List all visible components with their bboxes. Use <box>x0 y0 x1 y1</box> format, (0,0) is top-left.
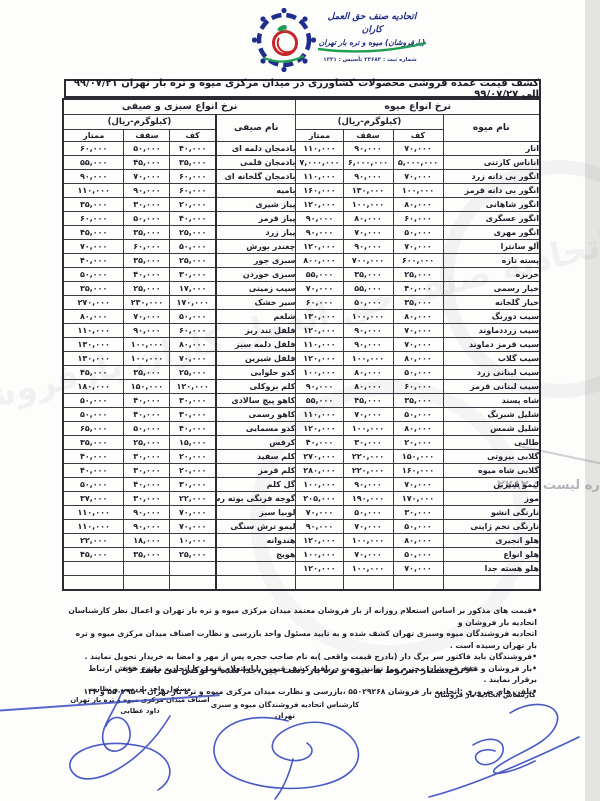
veg-name-cell: کرفس <box>216 436 296 450</box>
veg-floor-cell: ۱۷,۰۰۰ <box>170 282 216 296</box>
fruit-floor-cell: ۵۰,۰۰۰ <box>393 226 443 240</box>
veg-ceiling-cell: ۶۰,۰۰۰ <box>124 240 170 254</box>
veg-premium-cell: ۱۳۰,۰۰۰ <box>63 352 124 366</box>
fruit-premium-cell: ۴۰,۰۰۰ <box>296 436 343 450</box>
fruit-premium-cell: ۱۶۰,۰۰۰ <box>296 184 343 198</box>
scan-edge <box>585 0 600 801</box>
fruit-premium-cell: ۸۰۰,۰۰۰ <box>296 254 343 268</box>
fruit-premium-cell: ۱۱۰,۰۰۰ <box>296 338 343 352</box>
fruit-floor-cell: ۲۵,۰۰۰ <box>393 268 443 282</box>
fruit-floor-cell: ۸۰,۰۰۰ <box>393 310 443 324</box>
veg-premium-cell <box>63 576 124 591</box>
veg-floor-cell: ۲۰,۰۰۰ <box>170 450 216 464</box>
signature-label-right: کارشناس اتحادیه بار فروشان <box>405 690 565 701</box>
veg-premium-cell: ۴۰,۰۰۰ <box>63 254 124 268</box>
table-row: نارنگی انشو ۳۰,۰۰۰ ۵۰,۰۰۰ ۷۰,۰۰۰ لوبیا س… <box>63 506 540 520</box>
veg-floor-cell: ۱۰,۰۰۰ <box>170 534 216 548</box>
veg-premium-cell: ۲۷۰,۰۰۰ <box>63 296 124 310</box>
veg-premium-cell: ۱۱۰,۰۰۰ <box>63 506 124 520</box>
fruit-premium-cell: ۹۰,۰۰۰ <box>296 380 343 394</box>
table-row: سیب قرمز دماوند ۷۰,۰۰۰ ۹۰,۰۰۰ ۱۱۰,۰۰۰ فل… <box>63 338 540 352</box>
fruit-ceiling-cell <box>343 576 393 591</box>
veg-premium-cell: ۶۵,۰۰۰ <box>63 422 124 436</box>
fruit-premium-cell: ۱۲۰,۰۰۰ <box>296 422 343 436</box>
veg-name-cell: سیر خشک <box>216 296 296 310</box>
veg-floor-cell: ۳۵,۰۰۰ <box>170 156 216 170</box>
fruit-floor-cell: ۸۰,۰۰۰ <box>393 534 443 548</box>
price-table: نرخ انواع میوه نرخ انواع سبزی و صیفی نام… <box>62 98 541 591</box>
veg-premium-cell: ۷۰,۰۰۰ <box>63 240 124 254</box>
veg-ceiling-cell: ۱۰۰,۰۰۰ <box>124 352 170 366</box>
table-row: شلیل شمس ۸۰,۰۰۰ ۱۰۰,۰۰۰ ۱۲۰,۰۰۰ کدو مسما… <box>63 422 540 436</box>
fruit-premium-cell: ۹۰,۰۰۰ <box>296 520 343 534</box>
fruit-name-cell: لیمو شیرین <box>443 478 540 492</box>
table-row: خیار گلخانه ۳۵,۰۰۰ ۵۰,۰۰۰ ۶۰,۰۰۰ سیر خشک… <box>63 296 540 310</box>
fruit-floor-cell: ۷۰,۰۰۰ <box>393 142 443 156</box>
veg-floor-header: کف <box>170 130 216 142</box>
fruit-premium-cell: ۹۰,۰۰۰ <box>296 226 343 240</box>
fruit-ceiling-cell: ۹۰,۰۰۰ <box>343 478 393 492</box>
veg-floor-cell: ۲۵,۰۰۰ <box>170 366 216 380</box>
table-row: خربزه ۲۵,۰۰۰ ۳۵,۰۰۰ ۵۵,۰۰۰ سبزی خوردن ۳۰… <box>63 268 540 282</box>
veg-ceiling-cell: ۴۰,۰۰۰ <box>124 408 170 422</box>
veg-floor-cell: ۶۰,۰۰۰ <box>170 324 216 338</box>
veg-name-cell: کلم بروکلی <box>216 380 296 394</box>
veg-name-cell: پیاز شیری <box>216 198 296 212</box>
fruit-name-cell: هلو انجیری <box>443 534 540 548</box>
fruit-name-cell: سیب گلاب <box>443 352 540 366</box>
veg-floor-cell: ۴۰,۰۰۰ <box>170 422 216 436</box>
fruit-section-header: نرخ انواع میوه <box>296 99 540 115</box>
table-row: لیمو شیرین ۷۰,۰۰۰ ۹۰,۰۰۰ ۱۰۰,۰۰۰ گل کلم … <box>63 478 540 492</box>
fruit-ceiling-cell: ۹۰,۰۰۰ <box>343 240 393 254</box>
veg-unit-header: (کیلوگرم-ریال) <box>63 115 216 130</box>
table-row: اناناس کارتنی ۵,۰۰۰,۰۰۰ ۶,۰۰۰,۰۰۰ ۷,۰۰۰,… <box>63 156 540 170</box>
veg-name-cell: کدو مسمایی <box>216 422 296 436</box>
fruit-floor-cell: ۸۰,۰۰۰ <box>393 422 443 436</box>
veg-premium-cell: ۱۱۰,۰۰۰ <box>63 184 124 198</box>
fruit-floor-cell: ۵۰,۰۰۰ <box>393 366 443 380</box>
veg-premium-cell: ۸۰,۰۰۰ <box>63 310 124 324</box>
fruit-name-cell: انگور بی دانه قرمز <box>443 184 540 198</box>
fruit-name-cell: سیب لبنانی قرمز <box>443 380 540 394</box>
fruit-ceiling-cell: ۸۰,۰۰۰ <box>343 380 393 394</box>
veg-floor-cell: ۲۵,۰۰۰ <box>170 226 216 240</box>
veg-ceiling-cell: ۴۰,۰۰۰ <box>124 394 170 408</box>
fruit-ceiling-cell: ۱۰۰,۰۰۰ <box>343 198 393 212</box>
veg-floor-cell: ۳۰,۰۰۰ <box>170 478 216 492</box>
fruit-floor-cell: ۷۰,۰۰۰ <box>393 240 443 254</box>
fruit-name-cell: پسته تازه <box>443 254 540 268</box>
fruit-premium-cell: ۲۷۰,۰۰۰ <box>296 450 343 464</box>
fruit-name-cell: طالبی <box>443 436 540 450</box>
veg-ceiling-cell: ۲۳۰,۰۰۰ <box>124 296 170 310</box>
fruit-premium-cell: ۱۰۰,۰۰۰ <box>296 366 343 380</box>
table-row: انگور شاهانی ۸۰,۰۰۰ ۱۰۰,۰۰۰ ۱۲۰,۰۰۰ پیاز… <box>63 198 540 212</box>
fruit-floor-header: کف <box>393 130 443 142</box>
table-row: سیب گلاب ۸۰,۰۰۰ ۱۰۰,۰۰۰ ۱۲۰,۰۰۰ فلفل شیر… <box>63 352 540 366</box>
fruit-floor-cell: ۱۶۰,۰۰۰ <box>393 464 443 478</box>
fruit-ceiling-cell: ۲۲۰,۰۰۰ <box>343 450 393 464</box>
veg-ceiling-cell <box>124 576 170 591</box>
veg-ceiling-cell: ۳۰,۰۰۰ <box>124 198 170 212</box>
fruit-premium-header: ممتاز <box>296 130 343 142</box>
veg-name-cell: گل کلم <box>216 478 296 492</box>
fruit-name-cell: شلیل شمس <box>443 422 540 436</box>
veg-premium-cell: ۹۰,۰۰۰ <box>63 170 124 184</box>
fruit-floor-cell: ۳۵,۰۰۰ <box>393 394 443 408</box>
table-row: خیار رسمی ۴۰,۰۰۰ ۵۵,۰۰۰ ۷۰,۰۰۰ سیب زمینی… <box>63 282 540 296</box>
fruit-ceiling-cell: ۹۰,۰۰۰ <box>343 170 393 184</box>
fruit-ceiling-cell: ۱۰۰,۰۰۰ <box>343 422 393 436</box>
veg-name-cell: لوبیا سبز <box>216 506 296 520</box>
fruit-floor-cell: ۳۰,۰۰۰ <box>393 506 443 520</box>
table-row: انگور مهری ۵۰,۰۰۰ ۷۰,۰۰۰ ۹۰,۰۰۰ پیاز زرد… <box>63 226 540 240</box>
veg-floor-cell: ۷۰,۰۰۰ <box>170 520 216 534</box>
fruit-name-cell: انگور مهری <box>443 226 540 240</box>
fruit-ceiling-cell: ۴۵,۰۰۰ <box>343 394 393 408</box>
fruit-floor-cell: ۸۰,۰۰۰ <box>393 198 443 212</box>
veg-ceiling-cell <box>124 562 170 576</box>
fruit-premium-cell: ۵۵,۰۰۰ <box>296 394 343 408</box>
veg-premium-cell: ۴۵,۰۰۰ <box>63 366 124 380</box>
footer-note-line: •فروشندگان باید فاکتور سر برگ دار (بادرج… <box>63 651 537 663</box>
fruit-premium-cell: ۱۲۰,۰۰۰ <box>296 198 343 212</box>
signature-left-line3: داود عطایی <box>60 706 220 717</box>
fruit-name-cell: انگور شاهانی <box>443 198 540 212</box>
fruit-premium-cell: ۱۲۰,۰۰۰ <box>296 534 343 548</box>
veg-ceiling-cell: ۹۰,۰۰۰ <box>124 520 170 534</box>
signature-scribble-right <box>415 697 585 801</box>
fruit-floor-cell: ۱۵۰,۰۰۰ <box>393 450 443 464</box>
fruit-premium-cell: ۱۱۰,۰۰۰ <box>296 408 343 422</box>
signature-label-middle: کارشناس اتحادیه فروشندگان میوه و سبزی ته… <box>200 700 370 722</box>
fruit-ceiling-header: سقف <box>343 130 393 142</box>
table-row: هلو هسته جدا ۷۰,۰۰۰ ۱۰۰,۰۰۰ ۱۲۰,۰۰۰ <box>63 562 540 576</box>
veg-floor-cell: ۳۰,۰۰۰ <box>170 394 216 408</box>
veg-name-cell: کلم سفید <box>216 450 296 464</box>
table-row: انگور عسگری ۶۰,۰۰۰ ۸۰,۰۰۰ ۹۰,۰۰۰ پیاز قر… <box>63 212 540 226</box>
veg-premium-cell: ۵۵,۰۰۰ <box>63 156 124 170</box>
veg-name-cell: هندوانه <box>216 534 296 548</box>
fruit-name-cell: نارنگی انشو <box>443 506 540 520</box>
veg-ceiling-cell: ۵۰,۰۰۰ <box>124 212 170 226</box>
veg-premium-cell: ۳۵,۰۰۰ <box>63 282 124 296</box>
fruit-ceiling-cell: ۵۵,۰۰۰ <box>343 282 393 296</box>
veg-ceiling-cell: ۹۰,۰۰۰ <box>124 324 170 338</box>
veg-premium-cell: ۱۳۰,۰۰۰ <box>63 338 124 352</box>
footer-note-line: •قیمت های مذکور بر اساس استعلام روزانه ا… <box>63 605 537 628</box>
fruit-ceiling-cell: ۸۰,۰۰۰ <box>343 212 393 226</box>
document-title: کشف قیمت عمده فروشی محصولات کشاورزی در م… <box>64 79 541 98</box>
fruit-premium-cell: ۱۱۰,۰۰۰ <box>296 142 343 156</box>
veg-name-cell: سبزی جور <box>216 254 296 268</box>
veg-ceiling-cell: ۵۰,۰۰۰ <box>124 142 170 156</box>
veg-ceiling-cell: ۳۵,۰۰۰ <box>124 366 170 380</box>
veg-section-header: نرخ انواع سبزی و صیفی <box>63 99 296 115</box>
fruit-premium-cell: ۹۰,۰۰۰ <box>296 212 343 226</box>
fruit-floor-cell: ۷۰,۰۰۰ <box>393 478 443 492</box>
veg-floor-cell: ۲۵,۰۰۰ <box>170 548 216 562</box>
veg-premium-cell: ۱۸۰,۰۰۰ <box>63 380 124 394</box>
veg-premium-cell: ۶۰,۰۰۰ <box>63 142 124 156</box>
veg-ceiling-cell: ۳۰,۰۰۰ <box>124 492 170 506</box>
veg-ceiling-cell: ۳۵,۰۰۰ <box>124 548 170 562</box>
table-row: گلابی بیروتی ۱۵۰,۰۰۰ ۲۲۰,۰۰۰ ۲۷۰,۰۰۰ کلم… <box>63 450 540 464</box>
fruit-premium-cell: ۲۰۵,۰۰۰ <box>296 492 343 506</box>
fruit-name-cell: انگور عسگری <box>443 212 540 226</box>
veg-floor-cell: ۱۲۰,۰۰۰ <box>170 380 216 394</box>
fruit-ceiling-cell: ۷۰,۰۰۰ <box>343 226 393 240</box>
table-row: پسته تازه ۶۰۰,۰۰۰ ۷۰۰,۰۰۰ ۸۰۰,۰۰۰ سبزی ج… <box>63 254 540 268</box>
veg-floor-cell: ۶۰,۰۰۰ <box>170 170 216 184</box>
fruit-name-cell: سیب زرددماوند <box>443 324 540 338</box>
fruit-name-cell: سیب دورنگ <box>443 310 540 324</box>
veg-floor-cell: ۲۰,۰۰۰ <box>170 198 216 212</box>
fruit-premium-cell: ۱۳۰,۰۰۰ <box>296 310 343 324</box>
fruit-premium-cell: ۵۵,۰۰۰ <box>296 268 343 282</box>
fruit-floor-cell: ۱۰۰,۰۰۰ <box>393 184 443 198</box>
fruit-floor-cell: ۵۰,۰۰۰ <box>393 520 443 534</box>
veg-name-cell: فلفل دلمه سبز <box>216 338 296 352</box>
logo-swoosh-icon <box>316 40 428 54</box>
fruit-name-cell: موز <box>443 492 540 506</box>
veg-name-column-header: نام صیفی <box>216 115 296 142</box>
fruit-premium-cell <box>296 576 343 591</box>
fruit-premium-cell: ۱۰۰,۰۰۰ <box>296 548 343 562</box>
veg-ceiling-cell: ۹۰,۰۰۰ <box>124 184 170 198</box>
fruit-premium-cell: ۱۲۰,۰۰۰ <box>296 562 343 576</box>
veg-name-cell: بادمجان گلخانه ای <box>216 170 296 184</box>
veg-name-cell: کاهو پیچ سالادی <box>216 394 296 408</box>
fruit-name-cell: خیار گلخانه <box>443 296 540 310</box>
veg-floor-cell: ۲۰,۰۰۰ <box>170 464 216 478</box>
veg-ceiling-cell: ۳۰,۰۰۰ <box>124 464 170 478</box>
fruit-name-cell: شلیل شبرنگ <box>443 408 540 422</box>
fruit-ceiling-cell: ۷۰,۰۰۰ <box>343 548 393 562</box>
fruit-ceiling-cell: ۷۰۰,۰۰۰ <box>343 254 393 268</box>
veg-ceiling-cell: ۲۵,۰۰۰ <box>124 282 170 296</box>
fruit-floor-cell: ۸۰,۰۰۰ <box>393 352 443 366</box>
fruit-ceiling-cell: ۹۰,۰۰۰ <box>343 338 393 352</box>
fruit-ceiling-cell: ۱۰۰,۰۰۰ <box>343 562 393 576</box>
fruit-ceiling-cell: ۹۰,۰۰۰ <box>343 324 393 338</box>
veg-floor-cell: ۱۷۰,۰۰۰ <box>170 296 216 310</box>
fruit-name-cell: شاه پسند <box>443 394 540 408</box>
fruit-floor-cell: ۴۰,۰۰۰ <box>393 282 443 296</box>
veg-premium-cell: ۳۷,۰۰۰ <box>63 492 124 506</box>
veg-ceiling-cell: ۱۰۰,۰۰۰ <box>124 338 170 352</box>
veg-name-cell: گوجه فرنگی بوته رس <box>216 492 296 506</box>
logo-registration-line: شماره ثبت : ۲۳۶۸۳ تأسیس : ۱۳۳۱ <box>300 57 440 63</box>
fruit-name-cell: سیب قرمز دماوند <box>443 338 540 352</box>
veg-floor-cell <box>170 562 216 576</box>
table-row: سیب زرددماوند ۷۰,۰۰۰ ۹۰,۰۰۰ ۱۲۰,۰۰۰ فلفل… <box>63 324 540 338</box>
fruit-floor-cell <box>393 576 443 591</box>
fruit-ceiling-cell: ۱۳۰,۰۰۰ <box>343 184 393 198</box>
fruit-name-cell: سیب لبنانی زرد <box>443 366 540 380</box>
fruit-floor-cell: ۷۰,۰۰۰ <box>393 562 443 576</box>
veg-name-cell: کلم قرمز <box>216 464 296 478</box>
fruit-floor-cell: ۱۷۰,۰۰۰ <box>393 492 443 506</box>
table-row: هلو انجیری ۸۰,۰۰۰ ۱۰۰,۰۰۰ ۱۲۰,۰۰۰ هندوان… <box>63 534 540 548</box>
fruit-ceiling-cell: ۷۰,۰۰۰ <box>343 408 393 422</box>
veg-premium-cell: ۵۰,۰۰۰ <box>63 408 124 422</box>
fruit-name-cell: خربزه <box>443 268 540 282</box>
table-row: سیب لبنانی قرمز ۶۰,۰۰۰ ۸۰,۰۰۰ ۹۰,۰۰۰ کلم… <box>63 380 540 394</box>
footer-note-line: اتحادیه فروشندگان میوه وسبزی تهران کشف ش… <box>63 628 537 651</box>
fruit-floor-cell: ۳۵,۰۰۰ <box>393 296 443 310</box>
table-row: شاه پسند ۳۵,۰۰۰ ۴۵,۰۰۰ ۵۵,۰۰۰ کاهو پیچ س… <box>63 394 540 408</box>
fruit-premium-cell: ۷۰,۰۰۰ <box>296 506 343 520</box>
veg-floor-cell: ۷۰,۰۰۰ <box>170 352 216 366</box>
table-row: موز ۱۷۰,۰۰۰ ۱۹۰,۰۰۰ ۲۰۵,۰۰۰ گوجه فرنگی ب… <box>63 492 540 506</box>
table-row: هلو انواع ۵۰,۰۰۰ ۷۰,۰۰۰ ۱۰۰,۰۰۰ هویج ۲۵,… <box>63 548 540 562</box>
fruit-premium-cell: ۱۲۰,۰۰۰ <box>296 352 343 366</box>
document-page: اتحادیه صنف حق العمل کاران بارفروشان میو… <box>0 0 600 801</box>
veg-premium-cell: ۴۰,۰۰۰ <box>63 450 124 464</box>
veg-floor-cell <box>170 576 216 591</box>
veg-name-cell: فلفل تند ریز <box>216 324 296 338</box>
table-row: آلو سانترا ۷۰,۰۰۰ ۹۰,۰۰۰ ۱۲۰,۰۰۰ چغندر ب… <box>63 240 540 254</box>
fruit-ceiling-cell: ۳۵,۰۰۰ <box>343 268 393 282</box>
fruit-floor-cell: ۲۰,۰۰۰ <box>393 436 443 450</box>
veg-name-cell: کدو حلوایی <box>216 366 296 380</box>
fruit-floor-cell: ۷۰,۰۰۰ <box>393 324 443 338</box>
fruit-premium-cell: ۶۰,۰۰۰ <box>296 296 343 310</box>
veg-name-cell: پیاز زرد <box>216 226 296 240</box>
table-row: گلابی شاه میوه ۱۶۰,۰۰۰ ۲۲۰,۰۰۰ ۲۸۰,۰۰۰ ک… <box>63 464 540 478</box>
veg-ceiling-header: سقف <box>124 130 170 142</box>
veg-ceiling-cell: ۴۵,۰۰۰ <box>124 156 170 170</box>
veg-name-cell: فلفل شیرین <box>216 352 296 366</box>
fruit-name-cell: خیار رسمی <box>443 282 540 296</box>
veg-premium-cell: ۴۵,۰۰۰ <box>63 548 124 562</box>
table-row: طالبی ۲۰,۰۰۰ ۳۰,۰۰۰ ۴۰,۰۰۰ کرفس ۱۵,۰۰۰ ۲… <box>63 436 540 450</box>
fruit-ceiling-cell: ۱۰۰,۰۰۰ <box>343 534 393 548</box>
veg-floor-cell: ۱۵,۰۰۰ <box>170 436 216 450</box>
veg-floor-cell: ۵۰,۰۰۰ <box>170 240 216 254</box>
fruit-name-cell: گلابی شاه میوه <box>443 464 540 478</box>
fruit-floor-cell: ۶۰۰,۰۰۰ <box>393 254 443 268</box>
veg-premium-cell: ۵۰,۰۰۰ <box>63 268 124 282</box>
fruit-ceiling-cell: ۵۰,۰۰۰ <box>343 506 393 520</box>
veg-name-cell <box>216 562 296 576</box>
fruit-floor-cell: ۶۰,۰۰۰ <box>393 212 443 226</box>
fruit-ceiling-cell: ۷۰,۰۰۰ <box>343 520 393 534</box>
veg-premium-cell: ۲۲,۰۰۰ <box>63 534 124 548</box>
veg-premium-cell <box>63 562 124 576</box>
veg-name-cell: سبزی خوردن <box>216 268 296 282</box>
veg-ceiling-cell: ۲۵,۰۰۰ <box>124 436 170 450</box>
veg-name-cell: بادمجان دلمه ای <box>216 142 296 156</box>
table-row: انار ۷۰,۰۰۰ ۹۰,۰۰۰ ۱۱۰,۰۰۰ بادمجان دلمه … <box>63 142 540 156</box>
logo-org-line1: اتحادیه صنف حق العمل کاران <box>318 11 426 37</box>
fruit-ceiling-cell: ۹۰,۰۰۰ <box>343 142 393 156</box>
veg-floor-cell: ۶۰,۰۰۰ <box>170 184 216 198</box>
signature-left-line1: مسئول واحد بازرسی و نظارت <box>60 684 220 695</box>
fruit-name-cell <box>443 576 540 591</box>
veg-floor-cell: ۴۰,۰۰۰ <box>170 212 216 226</box>
veg-premium-cell: ۱۱۰,۰۰۰ <box>63 324 124 338</box>
premium-note: ***نرخ ممتاز ،مربوط به میوه و تره بار دس… <box>63 666 537 676</box>
veg-ceiling-cell: ۳۰,۰۰۰ <box>124 450 170 464</box>
veg-ceiling-cell: ۷۰,۰۰۰ <box>124 170 170 184</box>
veg-ceiling-cell: ۴۰,۰۰۰ <box>124 268 170 282</box>
veg-floor-cell: ۲۲,۰۰۰ <box>170 492 216 506</box>
veg-floor-cell: ۸۰,۰۰۰ <box>170 338 216 352</box>
fruit-premium-cell: ۲۸۰,۰۰۰ <box>296 464 343 478</box>
veg-ceiling-cell: ۱۵۰,۰۰۰ <box>124 380 170 394</box>
veg-name-cell: سیب زمینی <box>216 282 296 296</box>
table-row: سیب لبنانی زرد ۵۰,۰۰۰ ۸۰,۰۰۰ ۱۰۰,۰۰۰ کدو… <box>63 366 540 380</box>
fruit-name-cell: نارنگی تخم ژاپنی <box>443 520 540 534</box>
veg-premium-cell: ۳۵,۰۰۰ <box>63 436 124 450</box>
fruit-floor-cell: ۷۰,۰۰۰ <box>393 170 443 184</box>
veg-ceiling-cell: ۹۰,۰۰۰ <box>124 506 170 520</box>
veg-floor-cell: ۳۰,۰۰۰ <box>170 408 216 422</box>
veg-ceiling-cell: ۵۰,۰۰۰ <box>124 422 170 436</box>
fruit-name-cell: گلابی بیروتی <box>443 450 540 464</box>
table-row <box>63 576 540 591</box>
fruit-floor-cell: ۶۰,۰۰۰ <box>393 380 443 394</box>
fruit-premium-cell: ۷,۰۰۰,۰۰۰ <box>296 156 343 170</box>
veg-premium-cell: ۵۰,۰۰۰ <box>63 394 124 408</box>
veg-name-cell: چغندر بورش <box>216 240 296 254</box>
veg-name-cell: بادمجان قلمی <box>216 156 296 170</box>
veg-floor-cell: ۵۰,۰۰۰ <box>170 310 216 324</box>
fruit-name-cell: انگور بی دانه زرد <box>443 170 540 184</box>
fruit-name-cell: هلو هسته جدا <box>443 562 540 576</box>
fruit-premium-cell: ۱۲۰,۰۰۰ <box>296 324 343 338</box>
fruit-name-cell: اناناس کارتنی <box>443 156 540 170</box>
fruit-ceiling-cell: ۲۲۰,۰۰۰ <box>343 464 393 478</box>
veg-name-cell: کاهو رسمی <box>216 408 296 422</box>
fruit-ceiling-cell: ۳۰,۰۰۰ <box>343 436 393 450</box>
fruit-premium-cell: ۱۰۰,۰۰۰ <box>296 478 343 492</box>
fruit-name-column-header: نام میوه <box>443 115 540 142</box>
fruit-floor-cell: ۵۰,۰۰۰ <box>393 408 443 422</box>
fruit-name-cell: انار <box>443 142 540 156</box>
veg-ceiling-cell: ۷۰,۰۰۰ <box>124 310 170 324</box>
veg-premium-cell: ۴۵,۰۰۰ <box>63 226 124 240</box>
veg-premium-cell: ۵۰,۰۰۰ <box>63 478 124 492</box>
fruit-premium-cell: ۱۱۰,۰۰۰ <box>296 170 343 184</box>
veg-name-cell: لیمو ترش سنگی <box>216 520 296 534</box>
veg-ceiling-cell: ۳۵,۰۰۰ <box>124 254 170 268</box>
veg-premium-cell: ۳۵,۰۰۰ <box>63 198 124 212</box>
veg-premium-cell: ۴۰,۰۰۰ <box>63 464 124 478</box>
fruit-unit-header: (کیلوگرم-ریال) <box>296 115 443 130</box>
fruit-ceiling-cell: ۱۰۰,۰۰۰ <box>343 352 393 366</box>
fruit-name-cell: آلو سانترا <box>443 240 540 254</box>
table-row: شلیل شبرنگ ۵۰,۰۰۰ ۷۰,۰۰۰ ۱۱۰,۰۰۰ کاهو رس… <box>63 408 540 422</box>
table-row: نارنگی تخم ژاپنی ۵۰,۰۰۰ ۷۰,۰۰۰ ۹۰,۰۰۰ لی… <box>63 520 540 534</box>
fruit-ceiling-cell: ۵۰,۰۰۰ <box>343 296 393 310</box>
veg-name-cell: هویج <box>216 548 296 562</box>
veg-floor-cell: ۴۰,۰۰۰ <box>170 142 216 156</box>
veg-floor-cell: ۷۰,۰۰۰ <box>170 506 216 520</box>
fruit-ceiling-cell: ۱۹۰,۰۰۰ <box>343 492 393 506</box>
veg-name-cell: پیاز قرمز <box>216 212 296 226</box>
fruit-floor-cell: ۷۰,۰۰۰ <box>393 338 443 352</box>
fruit-ceiling-cell: ۱۰۰,۰۰۰ <box>343 310 393 324</box>
fruit-floor-cell: ۵۰,۰۰۰ <box>393 548 443 562</box>
veg-ceiling-cell: ۴۰,۰۰۰ <box>124 478 170 492</box>
fruit-ceiling-cell: ۶,۰۰۰,۰۰۰ <box>343 156 393 170</box>
veg-ceiling-cell: ۱۸,۰۰۰ <box>124 534 170 548</box>
fruit-premium-cell: ۱۲۰,۰۰۰ <box>296 240 343 254</box>
